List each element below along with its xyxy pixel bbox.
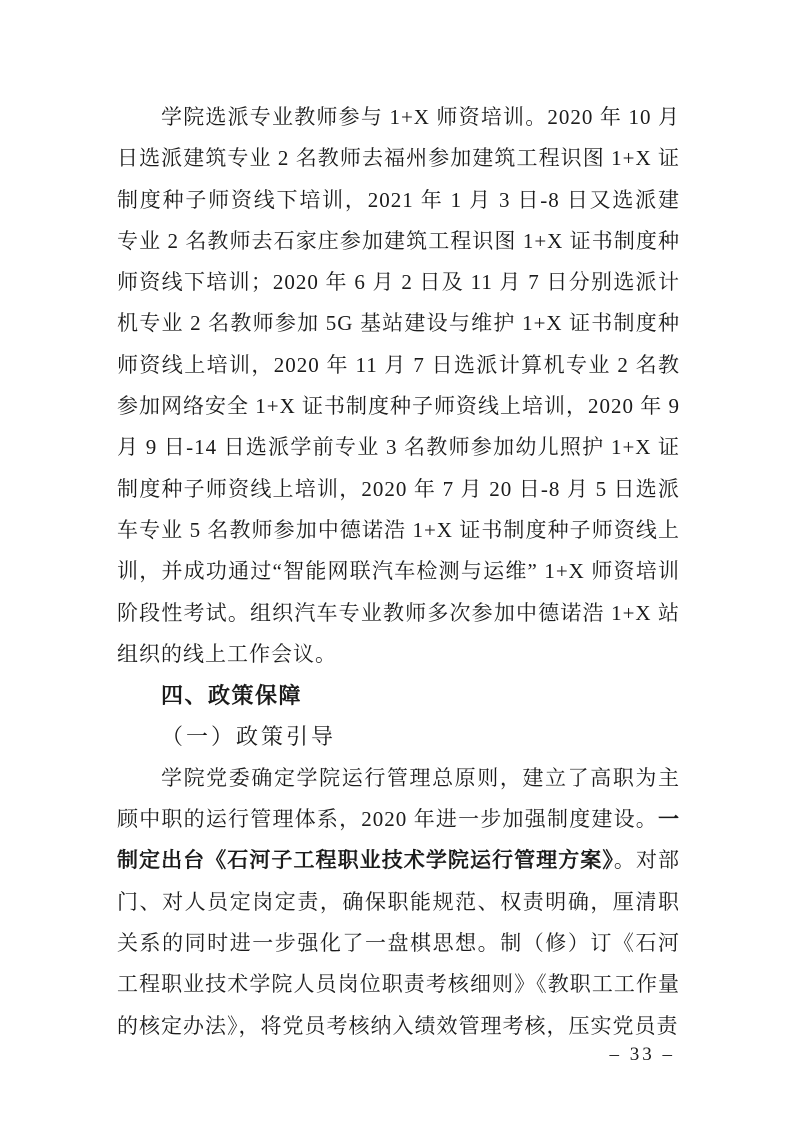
text-line: 学院党委确定学院运行管理总原则，建立了高职为主兼: [117, 758, 680, 799]
text-run: 训，并成功通过“智能网联汽车检测与运维” 1+X 师资培训: [117, 559, 680, 583]
text-run: 顾中职的运行管理体系，2020 年进一步加强制度建设。: [117, 807, 658, 831]
text-line: 专业 2 名教师去石家庄参加建筑工程识图 1+X 证书制度种子: [117, 221, 680, 262]
text-line: 的核定办法》，将党员考核纳入绩效管理考核，压实党员责: [117, 1006, 680, 1047]
text-run: 关系的同时进一步强化了一盘棋思想。制（修）订《石河子: [117, 931, 680, 964]
text-run: 制度种子师资线上培训，2020 年 7 月 20 日-8 月 5 日选派汽: [117, 477, 680, 510]
text-run: 工程职业技术学院人员岗位职责考核细则》《教职工工作量: [117, 972, 680, 996]
text-run: 月 9 日-14 日选派学前专业 3 名教师参加幼儿照护 1+X 证书: [117, 435, 680, 468]
text-run: 车专业 5 名教师参加中德诺浩 1+X 证书制度种子师资线上培: [117, 518, 680, 551]
text-run: 。对部: [614, 848, 680, 872]
paragraph-teacher-training: 学院选派专业教师参与 1+X 师资培训。2020 年 10 月 15日选派建筑专…: [117, 97, 680, 675]
page-number: – 33 –: [610, 1044, 676, 1066]
text-run: 四、政策保障: [161, 683, 302, 708]
text-line: 制定出台《石河子工程职业技术学院运行管理方案》。对部: [117, 840, 680, 881]
text-run: 学院选派专业教师参与 1+X 师资培训。2020 年 10 月 15: [117, 105, 680, 138]
text-run: 阶段性考试。组织汽车专业教师多次参加中德诺浩 1+X 站点: [117, 601, 680, 634]
text-line: 关系的同时进一步强化了一盘棋思想。制（修）订《石河子: [117, 923, 680, 964]
text-run: 机专业 2 名教师参加 5G 基站建设与维护 1+X 证书制度种子: [117, 311, 680, 344]
text-line: 组织的线上工作会议。: [117, 634, 680, 675]
text-run: 日选派建筑专业 2 名教师去福州参加建筑工程识图 1+X 证书: [117, 146, 680, 179]
text-run: 组织的线上工作会议。: [117, 642, 337, 666]
text-line: 阶段性考试。组织汽车专业教师多次参加中德诺浩 1+X 站点: [117, 593, 680, 634]
text-line: 训，并成功通过“智能网联汽车检测与运维” 1+X 师资培训: [117, 551, 680, 592]
text-run: 制度种子师资线下培训，2021 年 1 月 3 日-8 日又选派建筑: [117, 188, 680, 221]
text-line: （一）政策引导: [117, 716, 680, 757]
text-run: 门、对人员定岗定责，确保职能规范、权责明确，厘清职责: [117, 890, 680, 923]
text-run: 专业 2 名教师去石家庄参加建筑工程识图 1+X 证书制度种子: [117, 229, 680, 262]
text-line: 月 9 日-14 日选派学前专业 3 名教师参加幼儿照护 1+X 证书: [117, 427, 680, 468]
text-run: 师资线上培训，2020 年 11 月 7 日选派计算机专业 2 名教师: [117, 353, 680, 386]
paragraph-policy-guidance-detail: 学院党委确定学院运行管理总原则，建立了高职为主兼顾中职的运行管理体系，2020 …: [117, 758, 680, 1047]
text-run: （一）政策引导: [161, 724, 336, 749]
text-line: 车专业 5 名教师参加中德诺浩 1+X 证书制度种子师资线上培: [117, 510, 680, 551]
text-line: 工程职业技术学院人员岗位职责考核细则》《教职工工作量: [117, 964, 680, 1005]
heading-policy-support: 四、政策保障: [117, 675, 680, 716]
text-line: 日选派建筑专业 2 名教师去福州参加建筑工程识图 1+X 证书: [117, 138, 680, 179]
text-line: 制度种子师资线下培训，2021 年 1 月 3 日-8 日又选派建筑: [117, 180, 680, 221]
text-run: 参加网络安全 1+X 证书制度种子师资线上培训，2020 年 9: [117, 394, 680, 418]
text-line: 师资线上培训，2020 年 11 月 7 日选派计算机专业 2 名教师: [117, 345, 680, 386]
text-line: 四、政策保障: [117, 675, 680, 716]
text-line: 制度种子师资线上培训，2020 年 7 月 20 日-8 月 5 日选派汽: [117, 469, 680, 510]
text-run: 的核定办法》，将党员考核纳入绩效管理考核，压实党员责: [117, 1014, 679, 1038]
heading-policy-guidance: （一）政策引导: [117, 716, 680, 757]
document-page: 学院选派专业教师参与 1+X 师资培训。2020 年 10 月 15日选派建筑专…: [0, 0, 800, 1131]
text-run: 学院党委确定学院运行管理总原则，建立了高职为主兼: [117, 766, 680, 799]
text-line: 顾中职的运行管理体系，2020 年进一步加强制度建设。一是: [117, 799, 680, 840]
text-line: 学院选派专业教师参与 1+X 师资培训。2020 年 10 月 15: [117, 97, 680, 138]
text-run: 师资线下培训；2020 年 6 月 2 日及 11 月 7 日分别选派计算: [117, 270, 680, 303]
text-line: 机专业 2 名教师参加 5G 基站建设与维护 1+X 证书制度种子: [117, 303, 680, 344]
text-line: 师资线下培训；2020 年 6 月 2 日及 11 月 7 日分别选派计算: [117, 262, 680, 303]
text-line: 参加网络安全 1+X 证书制度种子师资线上培训，2020 年 9: [117, 386, 680, 427]
text-run-bold: 制定出台《石河子工程职业技术学院运行管理方案》: [117, 849, 614, 872]
text-line: 门、对人员定岗定责，确保职能规范、权责明确，厘清职责: [117, 882, 680, 923]
document-body: 学院选派专业教师参与 1+X 师资培训。2020 年 10 月 15日选派建筑专…: [117, 97, 680, 1047]
